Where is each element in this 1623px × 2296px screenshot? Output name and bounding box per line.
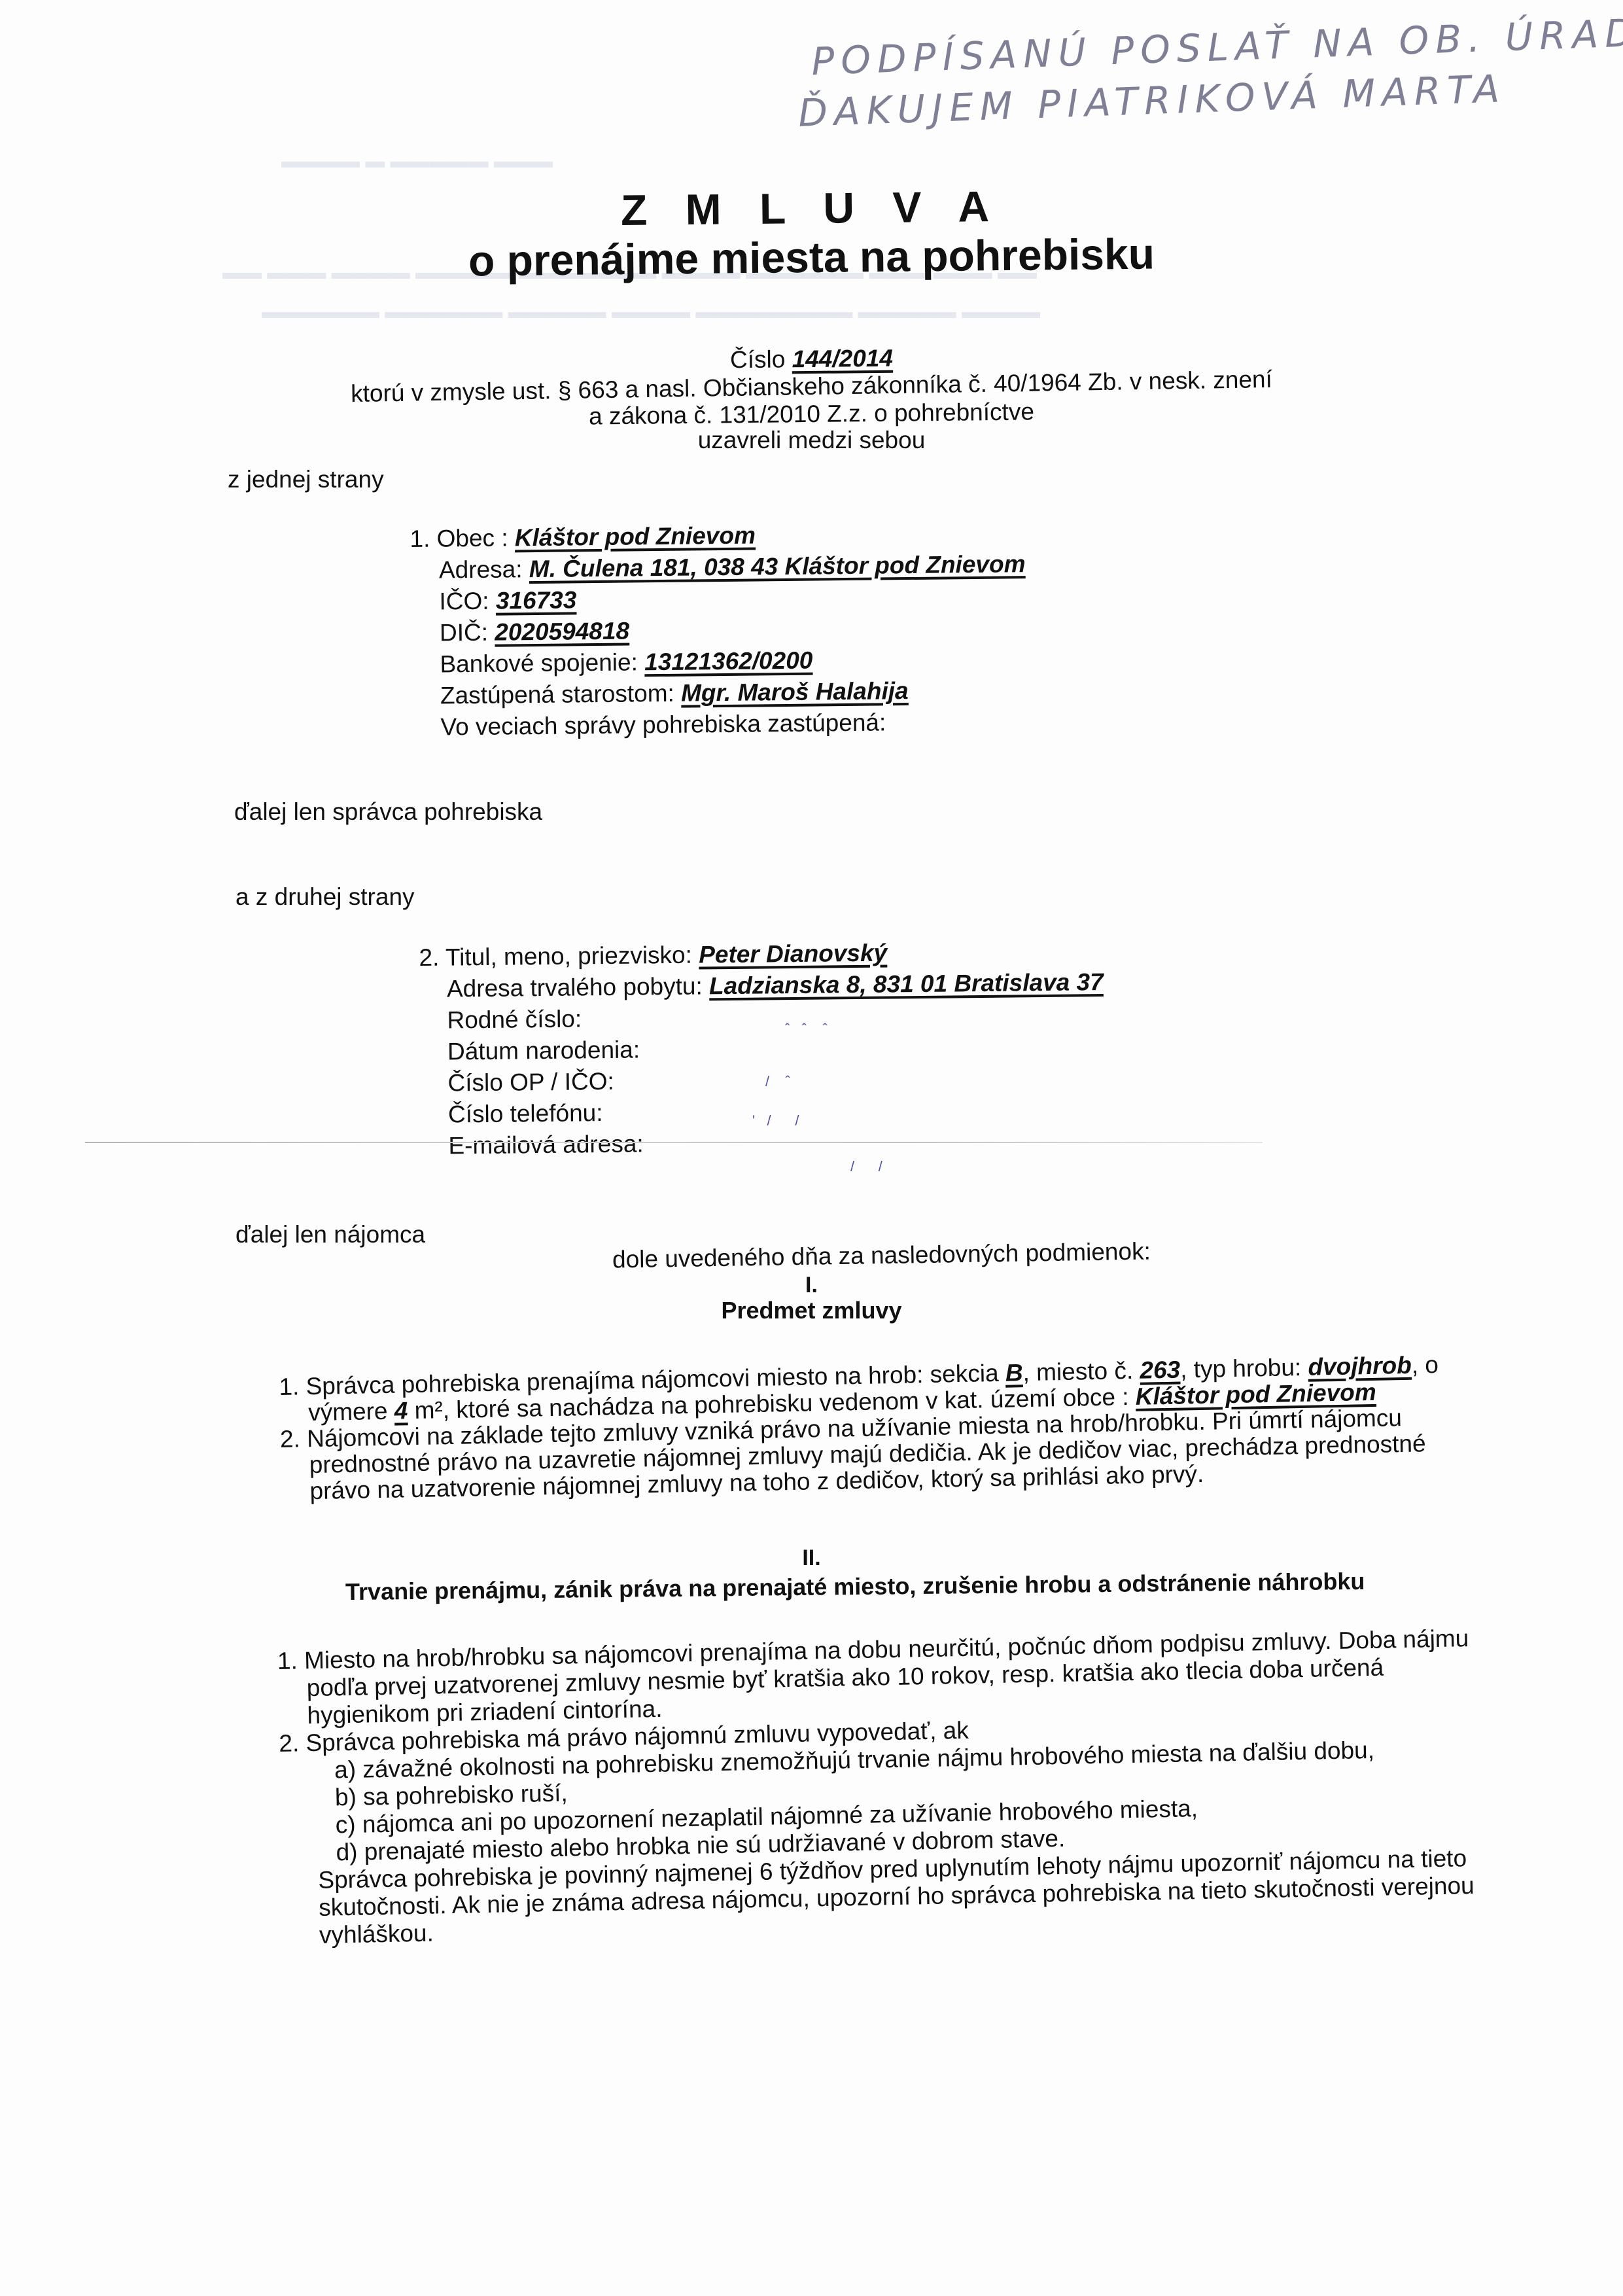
party1-intro: z jednej strany: [228, 466, 384, 493]
party2-outro: ďalej len nájomca: [236, 1221, 425, 1248]
party1-field-cemetery-rep: Vo veciach správy pohrebiska zastúpená:: [411, 705, 1027, 743]
redaction-mark: / ˆ: [765, 1073, 790, 1090]
section1-heading: Predmet zmluvy: [0, 1297, 1623, 1324]
legal-basis-line3: uzavreli medzi sebou: [0, 427, 1623, 454]
bleed-through-text: ▬▬▬▬▬▬ ▬▬▬▬▬▬ ▬▬▬▬▬ ▬▬▬▬ ▬▬▬▬▬▬▬▬ ▬▬▬▬▬ …: [262, 301, 1040, 323]
paper-fold-line: [85, 1142, 1263, 1143]
contract-number-value: 144/2014: [792, 345, 893, 373]
grave-number: 263: [1140, 1356, 1181, 1384]
section1-numeral: I.: [0, 1273, 1623, 1298]
bleed-through-text: ▬▬▬▬ ▬ ▬▬▬▬▬ ▬▬▬: [281, 150, 553, 173]
section1-list: 1. Správca pohrebiska prenajíma nájomcov…: [279, 1352, 1440, 1505]
redaction-mark: / /: [850, 1158, 882, 1175]
contract-number-label: Číslo: [730, 345, 786, 373]
grave-section: B: [1005, 1359, 1023, 1386]
grave-type: dvojhrob: [1308, 1352, 1412, 1381]
section2-heading: Trvanie prenájmu, zánik práva na prenaja…: [345, 1568, 1365, 1606]
grave-area: 4: [394, 1397, 408, 1424]
redaction-mark: ' / /: [752, 1112, 799, 1129]
party1-fields: 1. Obec : Kláštor pod Znievom Adresa: M.…: [410, 517, 1027, 743]
conditions-intro: dole uvedeného dňa za nasledovných podmi…: [612, 1238, 1151, 1274]
party1-field-adresa: Adresa: M. Čulena 181, 038 43 Kláštor po…: [410, 548, 1026, 586]
party2-intro: a z druhej strany: [236, 883, 415, 911]
contract-page: ▬▬▬▬ ▬ ▬▬▬▬▬ ▬▬▬ ▬▬ ▬▬▬ ▬▬▬▬ ▬▬▬▬▬ ▬▬▬▬▬…: [0, 0, 1623, 2296]
redaction-mark: ˆ ˆ ˆ: [785, 1021, 828, 1038]
party1-outro: ďalej len správca pohrebiska: [234, 798, 542, 826]
section2-list: 1. Miesto na hrob/hrobku sa nájomcovi pr…: [277, 1625, 1475, 1950]
section2-numeral: II.: [0, 1545, 1623, 1571]
